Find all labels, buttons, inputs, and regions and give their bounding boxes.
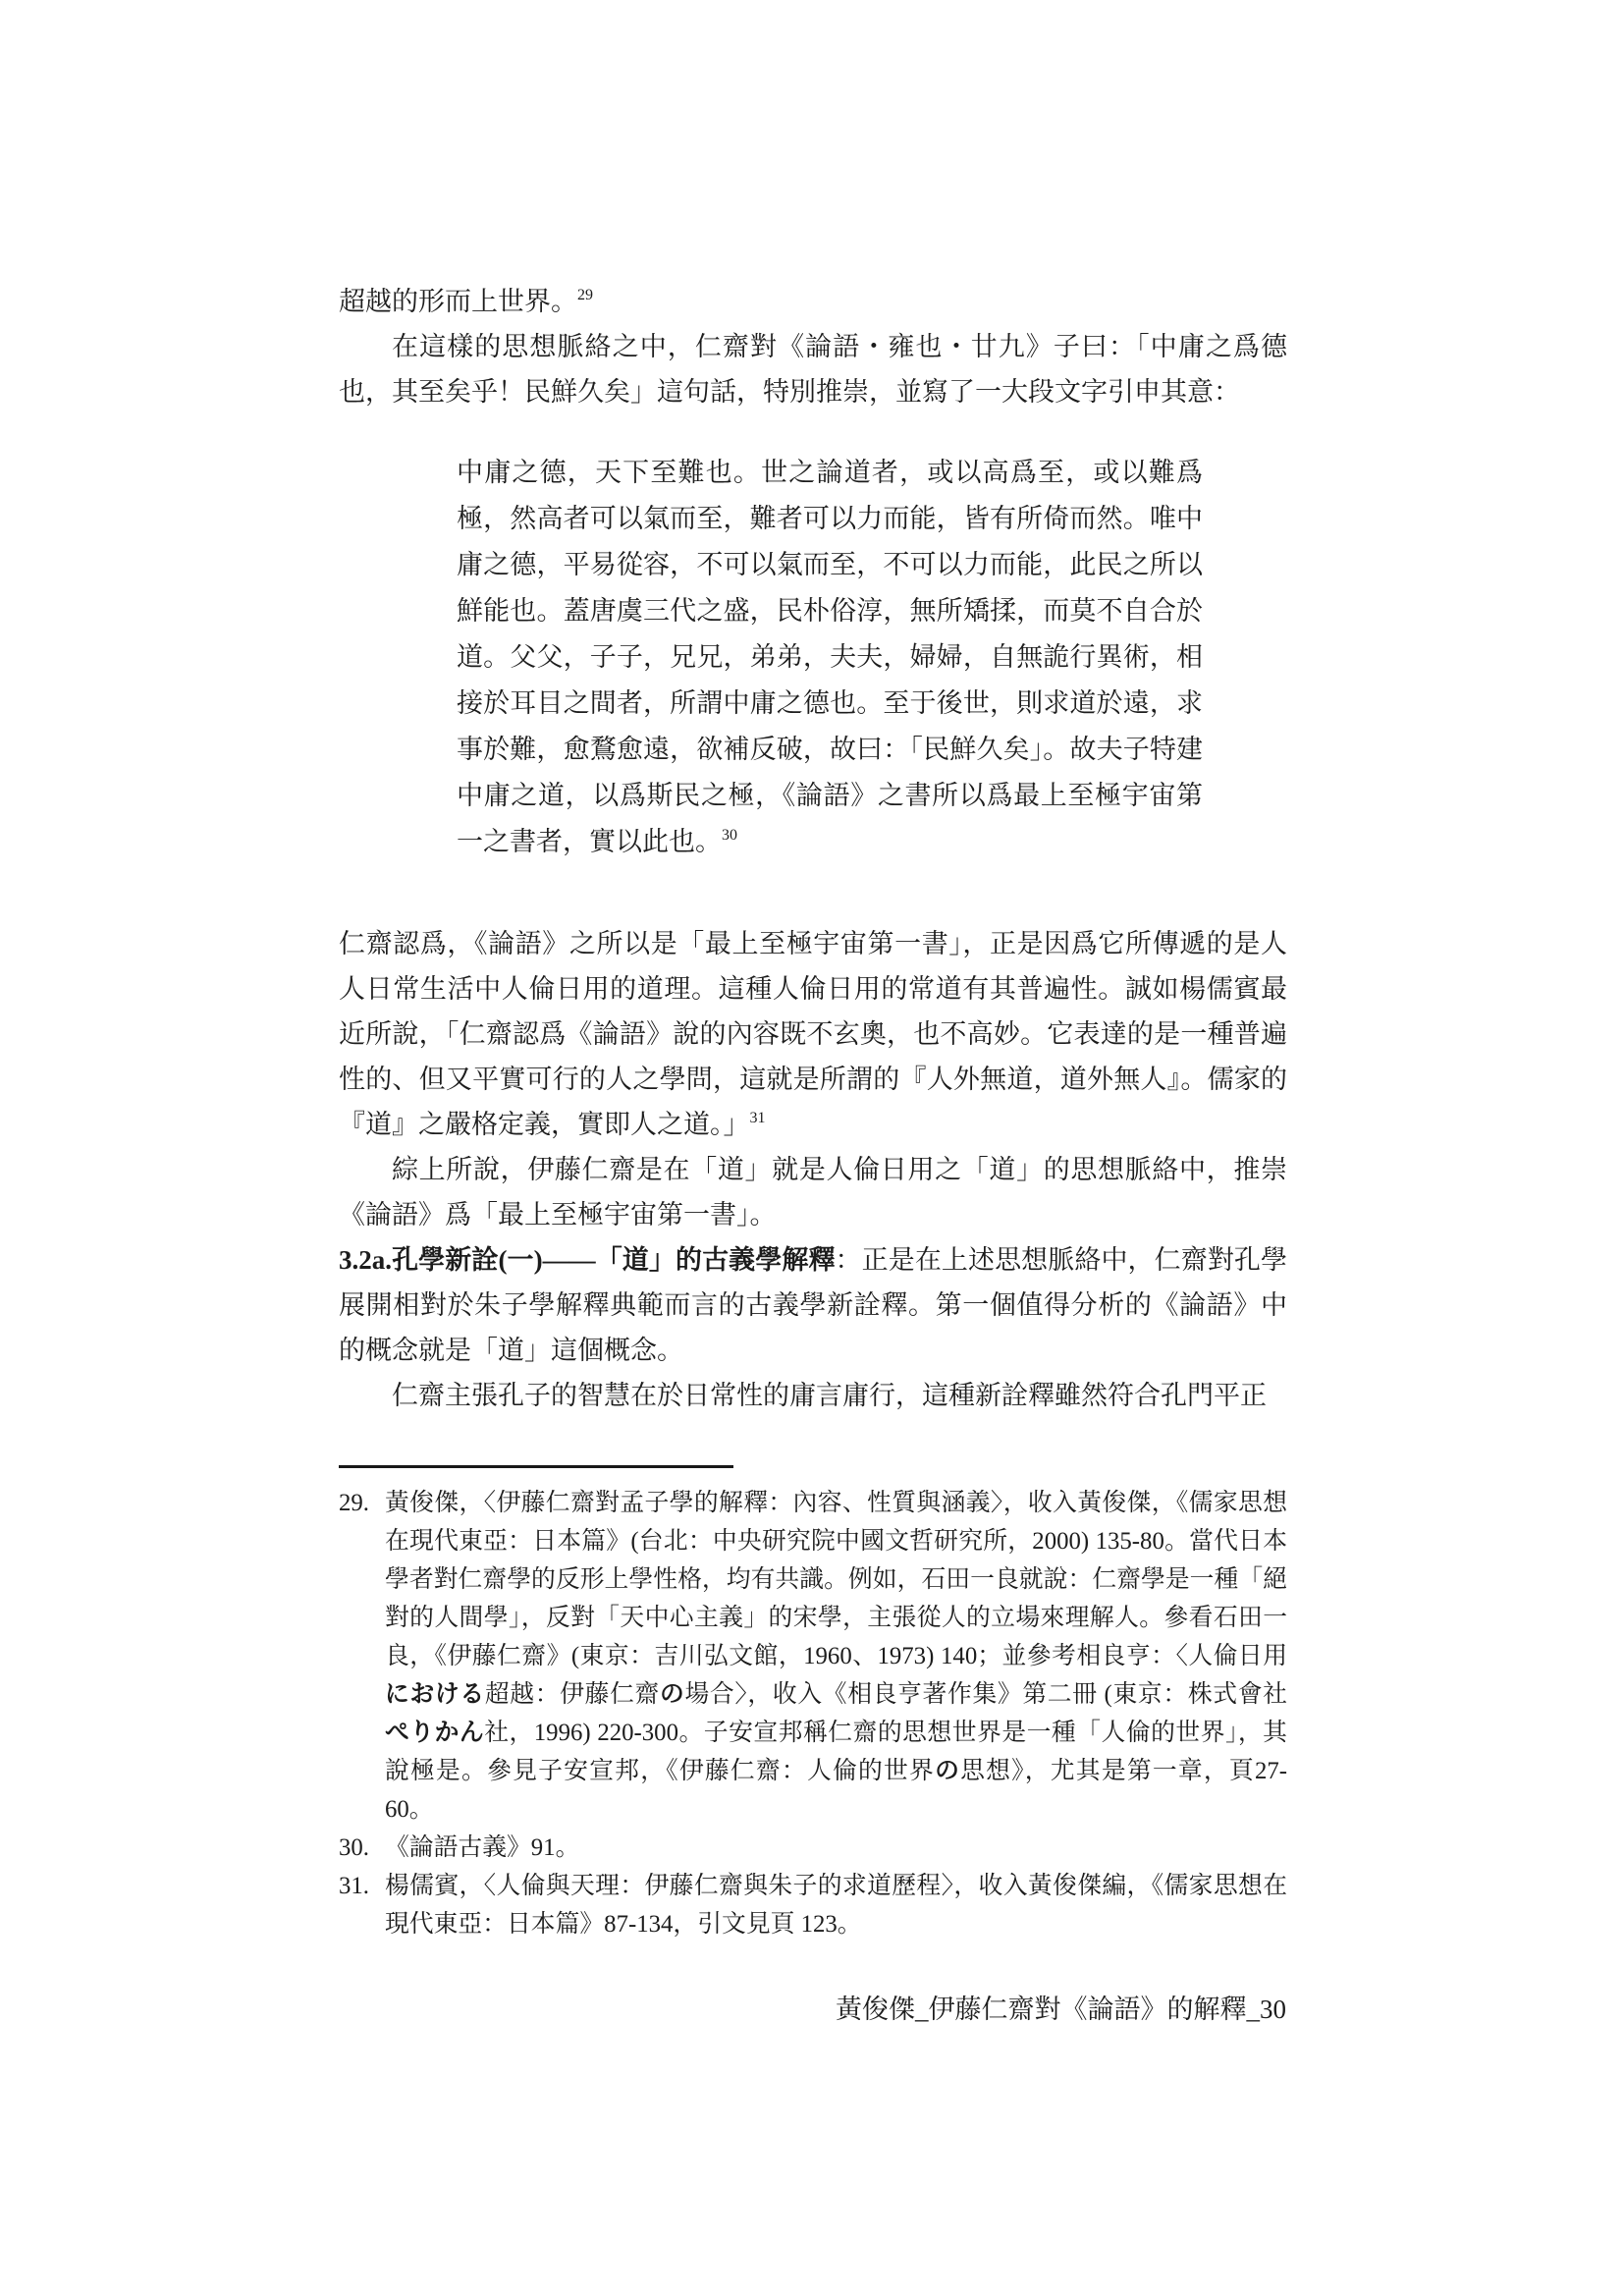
footnote-29-kana-bold: ぺりかん	[385, 1720, 484, 1746]
footnotes-block: 29.黃俊傑，〈伊藤仁齋對孟子學的解釋：內容、性質與涵義〉，收入黃俊傑，《儒家思…	[339, 1484, 1287, 1943]
footnote-30-number: 30.	[339, 1829, 385, 1867]
main-text-column: 超越的形而上世界。29 在這樣的思想脈絡之中，仁齋對《論語・雍也・廿九》子曰：「…	[339, 279, 1287, 1418]
footnote-29-text-segment: 場合〉，收入《相良亨著作集》第二冊 (東京：株式會社	[684, 1681, 1287, 1708]
paragraph-intro: 在這樣的思想脈絡之中，仁齋對《論語・雍也・廿九》子曰：「中庸之爲德也，其至矣乎！…	[339, 324, 1287, 414]
paragraph-lead: 超越的形而上世界。29	[339, 279, 1287, 324]
paragraph-commentary: 仁齋認爲，《論語》之所以是「最上至極宇宙第一書」，正是因爲它所傳遞的是人人日常生…	[339, 921, 1287, 1147]
paragraph-closing: 仁齋主張孔子的智慧在於日常性的庸言庸行，這種新詮釋雖然符合孔門平正	[339, 1373, 1287, 1418]
footnote-30-text: 《論語古義》91。	[385, 1834, 579, 1861]
footnote-29-kana-bold: の	[935, 1758, 960, 1784]
footnote-29-kana-bold: における	[385, 1681, 485, 1708]
footnote-separator-rule	[339, 1465, 733, 1468]
footnote-29-kana-bold: の	[660, 1681, 684, 1708]
footnote-29-text-segment: 超越：伊藤仁齋	[485, 1681, 660, 1708]
footnote-30: 30.《論語古義》91。	[339, 1829, 1287, 1867]
footnote-31: 31.楊儒賓，〈人倫與天理：伊藤仁齋與朱子的求道歷程〉，收入黃俊傑編，《儒家思想…	[339, 1867, 1287, 1943]
paragraph-section-3-2a: 3.2a.孔學新詮(一)——「道」的古義學解釋：正是在上述思想脈絡中，仁齋對孔學…	[339, 1237, 1287, 1373]
footnote-29-text-segment: 黃俊傑，〈伊藤仁齋對孟子學的解釋：內容、性質與涵義〉，收入黃俊傑，《儒家思想在現…	[385, 1490, 1287, 1669]
paragraph-lead-text: 超越的形而上世界。	[339, 287, 577, 316]
paragraph-summary: 綜上所說，伊藤仁齋是在「道」就是人倫日用之「道」的思想脈絡中，推崇《論語》爲「最…	[339, 1147, 1287, 1237]
footnote-ref-29: 29	[577, 287, 593, 303]
page-footer: 黃俊傑_伊藤仁齋對《論語》的解釋_30	[836, 1991, 1286, 2028]
footnote-29: 29.黃俊傑，〈伊藤仁齋對孟子學的解釋：內容、性質與涵義〉，收入黃俊傑，《儒家思…	[339, 1484, 1287, 1829]
footnote-ref-30: 30	[722, 827, 737, 844]
footnote-ref-31: 31	[750, 1110, 766, 1126]
paper-page: 超越的形而上世界。29 在這樣的思想脈絡之中，仁齋對《論語・雍也・廿九》子曰：「…	[0, 0, 1623, 2296]
footnote-29-number: 29.	[339, 1484, 385, 1522]
paragraph-commentary-text: 仁齋認爲，《論語》之所以是「最上至極宇宙第一書」，正是因爲它所傳遞的是人人日常生…	[339, 929, 1287, 1139]
section-heading-3-2a: 3.2a.孔學新詮(一)——「道」的古義學解釋	[339, 1245, 836, 1275]
footnote-31-text: 楊儒賓，〈人倫與天理：伊藤仁齋與朱子的求道歷程〉，收入黃俊傑編，《儒家思想在現代…	[385, 1873, 1287, 1938]
blockquote-text: 中庸之德，天下至難也。世之論道者，或以高爲至，或以難爲極，然高者可以氣而至，難者…	[457, 458, 1203, 856]
footnote-31-number: 31.	[339, 1867, 385, 1905]
blockquote: 中庸之德，天下至難也。世之論道者，或以高爲至，或以難爲極，然高者可以氣而至，難者…	[457, 450, 1203, 865]
